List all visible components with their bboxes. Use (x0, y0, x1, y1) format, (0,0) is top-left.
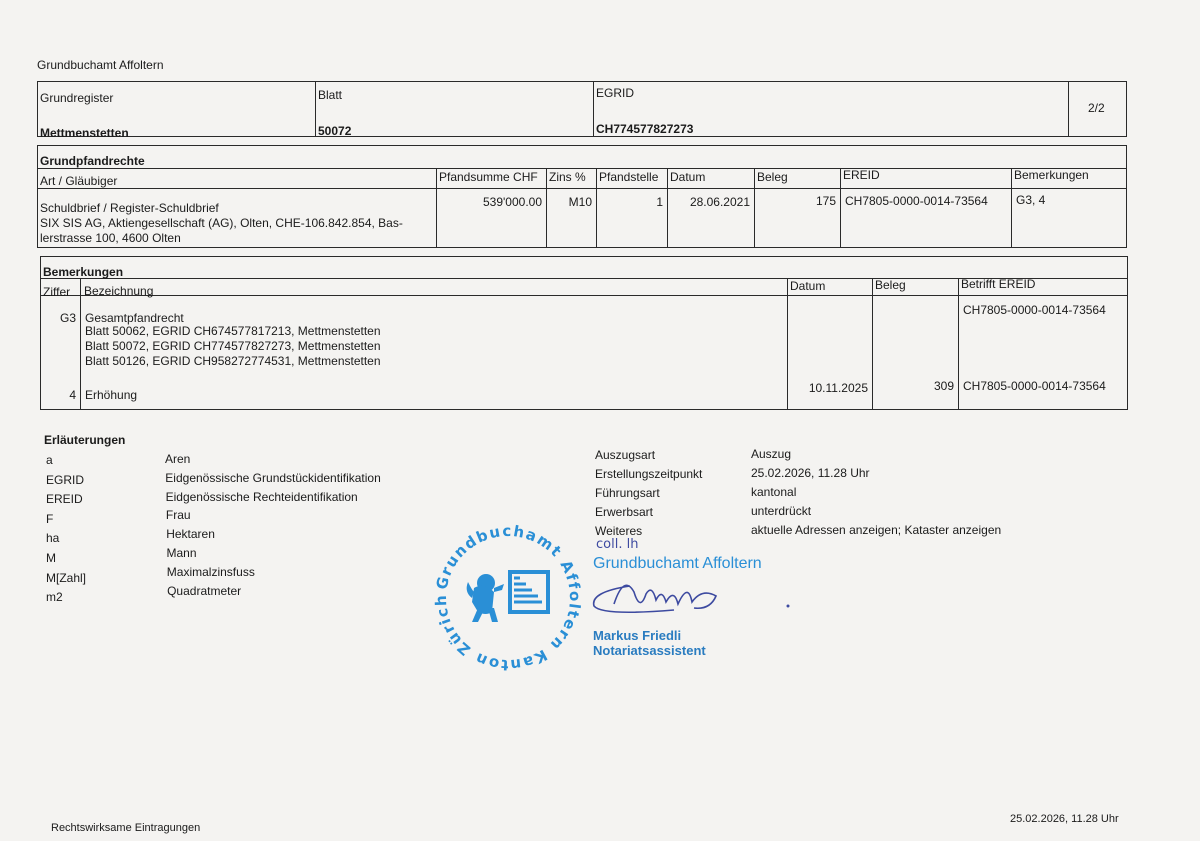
blatt-label: Blatt (318, 88, 342, 103)
abbreviation-meaning: Eidgenössische Rechteidentifikation (166, 490, 358, 505)
abbreviation: ha (46, 531, 59, 546)
info-label: Erwerbsart (595, 505, 653, 520)
info-value: Auszug (751, 447, 791, 462)
col-betrifft-ereid: Betrifft EREID (961, 277, 1035, 292)
bemerkungen-title: Bemerkungen (43, 265, 123, 280)
pfandstelle: 1 (596, 195, 663, 210)
grundpfandrechte-title: Grundpfandrechte (40, 154, 145, 169)
ziffer: 4 (40, 388, 76, 403)
signer-role: Notariatsassistent (593, 643, 706, 658)
col-pfandsumme: Pfandsumme CHF (439, 170, 538, 185)
beleg: 309 (872, 379, 954, 394)
datum: 28.06.2021 (667, 195, 750, 210)
zins: M10 (546, 195, 592, 210)
footer-left: Rechtswirksame Eintragungen (51, 822, 200, 834)
signer-name: Markus Friedli (593, 628, 681, 643)
bemerkungen-ref: G3, 4 (1016, 193, 1045, 208)
handwritten-note: coll. lh (596, 537, 638, 552)
signature-scribble (590, 574, 810, 626)
col-beleg: Beleg (875, 278, 906, 293)
bezeichnung-line: Blatt 50062, EGRID CH674577817213, Mettm… (85, 324, 381, 339)
info-value: aktuelle Adressen anzeigen; Kataster anz… (751, 523, 1001, 538)
ereid: CH7805-0000-0014-73564 (845, 194, 988, 209)
grundregister-label: Grundregister (40, 91, 113, 106)
col-bemerkungen: Bemerkungen (1014, 168, 1089, 183)
emblem-icon (510, 572, 548, 612)
abbreviation-meaning: Frau (166, 508, 191, 523)
info-value: 25.02.2026, 11.28 Uhr (751, 466, 870, 481)
bezeichnung-line: Erhöhung (85, 388, 137, 403)
col-bezeichnung: Bezeichnung (84, 284, 153, 299)
abbreviation: EREID (46, 492, 83, 507)
col-art: Art / Gläubiger (40, 174, 117, 189)
abbreviation: m2 (46, 590, 63, 605)
lion-icon (467, 574, 504, 622)
abbreviation: M (46, 551, 56, 566)
signature-office: Grundbuchamt Affoltern (593, 555, 762, 573)
art-line: SIX SIS AG, Aktiengesellschaft (AG), Olt… (40, 216, 403, 231)
office-title: Grundbuchamt Affoltern (37, 58, 164, 72)
info-label: Erstellungszeitpunkt (595, 467, 702, 482)
col-ereid: EREID (843, 168, 880, 183)
pfandsumme: 539'000.00 (436, 195, 542, 210)
col-datum: Datum (790, 279, 825, 294)
svg-text:Grundbuchamt Affoltern Kanton: Grundbuchamt Affoltern Kanton Zürich (432, 522, 584, 674)
beleg: 175 (754, 194, 836, 209)
ziffer: G3 (40, 311, 76, 326)
info-label: Auszugsart (595, 448, 655, 463)
abbreviation-meaning: Mann (167, 546, 197, 561)
ereid: CH7805-0000-0014-73564 (963, 379, 1106, 394)
footer-timestamp: 25.02.2026, 11.28 Uhr (1010, 813, 1119, 825)
art-line: Schuldbrief / Register-Schuldbrief (40, 201, 219, 216)
abbreviation-meaning: Maximalzinsfuss (167, 565, 255, 580)
abbreviation-meaning: Quadratmeter (167, 584, 241, 599)
ereid: CH7805-0000-0014-73564 (963, 303, 1106, 318)
col-pfandstelle: Pfandstelle (599, 170, 658, 185)
bezeichnung-line: Blatt 50072, EGRID CH774577827273, Mettm… (85, 339, 381, 354)
egrid-value: CH774577827273 (596, 122, 693, 137)
datum: 10.11.2025 (787, 381, 868, 396)
bezeichnung-line: Blatt 50126, EGRID CH958272774531, Mettm… (85, 354, 381, 369)
office-stamp: Grundbuchamt Affoltern Kanton Zürich (428, 518, 588, 678)
abbreviation: EGRID (46, 473, 84, 488)
grundregister-value: Mettmenstetten (40, 126, 129, 141)
abbreviation-meaning: Aren (165, 452, 190, 467)
info-label: Führungsart (595, 486, 660, 501)
abbreviation: M[Zahl] (46, 571, 86, 586)
col-zins: Zins % (549, 170, 586, 185)
erlaeuterungen-title: Erläuterungen (44, 433, 125, 448)
info-value: unterdrückt (751, 504, 811, 519)
info-value: kantonal (751, 485, 796, 500)
abbreviation: a (46, 453, 53, 468)
egrid-label: EGRID (596, 86, 634, 101)
abbreviation-meaning: Hektaren (166, 527, 215, 542)
col-datum: Datum (670, 170, 705, 185)
col-beleg: Beleg (757, 170, 788, 185)
abbreviation-meaning: Eidgenössische Grundstückidentifikation (165, 471, 380, 486)
col-ziffer: Ziffer (43, 285, 70, 300)
art-line: lerstrasse 100, 4600 Olten (40, 231, 181, 246)
abbreviation: F (46, 512, 53, 527)
blatt-value: 50072 (318, 124, 351, 139)
page-number: 2/2 (1088, 101, 1105, 116)
